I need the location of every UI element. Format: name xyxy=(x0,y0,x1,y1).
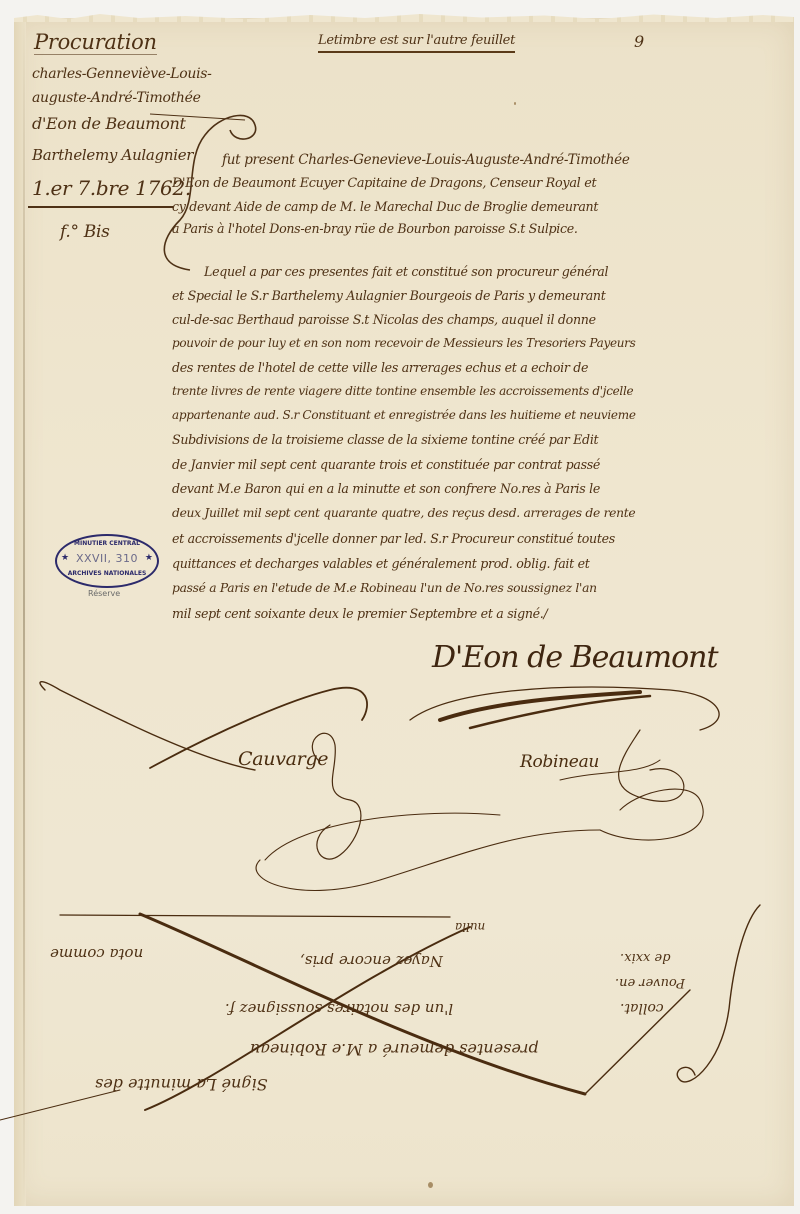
inverted-text-8: presentes demeuré a M.e Robineau xyxy=(250,1040,539,1059)
ink-speck xyxy=(514,102,516,105)
inverted-text-4: Pouver en. xyxy=(615,975,685,990)
margin-title-text: Procuration xyxy=(34,30,157,55)
inverted-text-3: nulla xyxy=(455,920,485,934)
ink-speck xyxy=(428,1182,433,1188)
body-line-9: de Janvier mil sept cent quarante trois … xyxy=(172,457,600,472)
body-line-3: cul-de-sac Berthaud paroisse S.t Nicolas… xyxy=(172,312,596,327)
inverted-text-5: de xxix. xyxy=(620,950,670,965)
signature-notary-1: Cauvarge xyxy=(238,748,328,770)
body-line-5: des rentes de l'hotel de cette ville les… xyxy=(172,360,588,375)
torn-edge xyxy=(14,12,794,22)
inverted-text-1: nota comme xyxy=(50,945,143,963)
inverted-text-2: Nayez encore pris, xyxy=(300,952,443,970)
star-icon: ★ xyxy=(145,553,153,563)
inverted-text-6: collat. xyxy=(620,1000,664,1016)
body-line-11: deux Juillet mil sept cent quarante quat… xyxy=(172,506,635,520)
body-line-12: et accroissements d'jcelle donner par le… xyxy=(172,531,615,546)
body-line-13: quittances et decharges valables et géné… xyxy=(172,556,590,571)
signature-notary-2: Robineau xyxy=(520,752,599,772)
body-line-14: passé a Paris en l'etude de M.e Robineau… xyxy=(172,581,597,595)
archives-stamp: MINUTIER CENTRAL ★ XXVII, 310 ★ ARCHIVES… xyxy=(55,534,159,588)
intro-line-2: D'Eon de Beaumont Ecuyer Capitaine de Dr… xyxy=(172,176,596,191)
intro-line-1: fut present Charles-Genevieve-Louis-Augu… xyxy=(222,152,630,168)
body-line-4: pouvoir de pour luy et en son nom recevo… xyxy=(172,336,635,350)
stamp-top-text: MINUTIER CENTRAL xyxy=(57,540,157,547)
stamp-note: Réserve xyxy=(88,589,120,598)
intro-line-3: cy devant Aide de camp de M. le Marechal… xyxy=(172,199,598,214)
body-line-2: et Special le S.r Barthelemy Aulagnier B… xyxy=(172,288,605,303)
signature-principal: D'Eon de Beaumont xyxy=(432,640,718,675)
page-fold xyxy=(23,18,25,1206)
margin-name-line-1: charles-Genneviève-Louis- xyxy=(32,66,212,82)
body-line-1: Lequel a par ces presentes fait et const… xyxy=(204,264,608,279)
inverted-text-7: l'un des notaires soussignez f. xyxy=(225,1000,453,1018)
margin-title: Procuration xyxy=(34,30,157,54)
page-number: 9 xyxy=(634,32,644,51)
body-line-8: Subdivisions de la troisieme classe de l… xyxy=(172,432,598,447)
body-line-6: trente livres de rente viagere ditte ton… xyxy=(172,384,633,398)
body-line-7: appartenante aud. S.r Constituant et enr… xyxy=(172,408,636,422)
margin-folio: f.° Bis xyxy=(60,222,110,242)
stamp-duty-note: Letimbre est sur l'autre feuillet xyxy=(318,33,515,53)
stamp-bottom-text: ARCHIVES NATIONALES xyxy=(57,570,157,577)
intro-line-4: a Paris à l'hotel Dons-en-bray rüe de Bo… xyxy=(172,221,578,236)
body-line-15: mil sept cent soixante deux le premier S… xyxy=(172,606,547,621)
body-line-10: devant M.e Baron qui en a la minutte et … xyxy=(172,481,600,496)
stamp-code: XXVII, 310 xyxy=(57,552,157,565)
inverted-text-9: Signé La minutte des xyxy=(95,1075,268,1094)
